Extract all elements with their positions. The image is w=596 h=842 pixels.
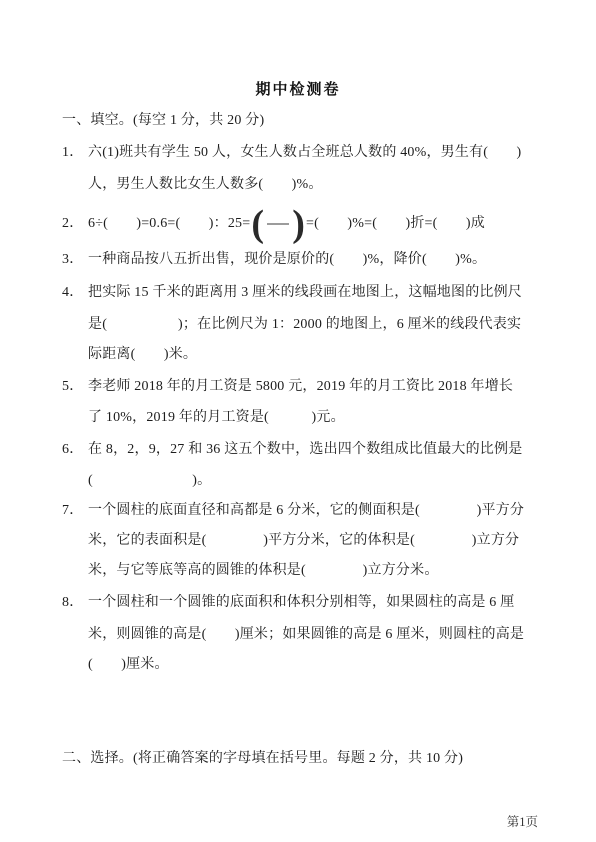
question-5-text: 李老师 2018 年的月工资是 5800 元，2019 年的月工资比 2018 … [88,379,513,394]
question-7-line-3: 米，与它等底等高的圆锥的体积是( )立方分米。 [88,561,439,581]
question-1-line-2: 人，男生人数比女生人数多( )%。 [88,175,323,195]
question-6-text: 在 8，2，9，27 和 36 这五个数中，选出四个数组成比值最大的比例是 [88,442,522,457]
question-7-text: 一个圆柱的底面直径和高都是 6 分米，它的侧面积是( )平方分 [88,503,524,518]
section-2-heading: 二、选择。(将正确答案的字母填在括号里。每题 2 分，共 10 分) [62,749,463,769]
question-1-line-1: 1．六(1)班共有学生 50 人，女生人数占全班总人数的 40%，男生有( ) [62,143,521,163]
question-1-number: 1． [62,143,88,163]
page-number: 第1页 [507,812,538,830]
question-3-line-1: 3．一种商品按八五折出售，现价是原价的( )%，降价( )%。 [62,250,486,270]
question-7-line-2: 米，它的表面积是( )平方分米，它的体积是( )立方分 [88,531,519,551]
question-3-text: 一种商品按八五折出售，现价是原价的( )%，降价( )%。 [88,252,486,267]
question-8-line-1: 8．一个圆柱和一个圆锥的底面积和体积分别相等，如果圆柱的高是 6 厘 [62,593,514,613]
question-4-number: 4． [62,283,88,303]
question-5-line-1: 5．李老师 2018 年的月工资是 5800 元，2019 年的月工资比 201… [62,377,513,397]
question-5-number: 5． [62,377,88,397]
question-8-number: 8． [62,593,88,613]
question-1-text: 六(1)班共有学生 50 人，女生人数占全班总人数的 40%，男生有( ) [88,145,521,160]
section-1-heading: 一、填空。(每空 1 分，共 20 分) [62,111,264,131]
question-2-text-after-fraction: =( )%=( )折=( )成 [306,214,485,234]
question-8-line-3: ( )厘米。 [88,655,169,675]
question-5-line-2: 了 10%，2019 年的月工资是( )元。 [88,408,345,428]
question-6-line-2: ( )。 [88,471,211,491]
question-7-number: 7． [62,501,88,521]
question-4-line-1: 4．把实际 15 千米的距离用 3 厘米的线段画在地图上，这幅地图的比例尺 [62,283,522,303]
document-page: 期中检测卷 一、填空。(每空 1 分，共 20 分) 1．六(1)班共有学生 5… [0,0,596,842]
question-6-line-1: 6．在 8，2，9，27 和 36 这五个数中，选出四个数组成比值最大的比例是 [62,440,522,460]
question-8-text: 一个圆柱和一个圆锥的底面积和体积分别相等，如果圆柱的高是 6 厘 [88,595,514,610]
question-6-number: 6． [62,440,88,460]
question-7-line-1: 7．一个圆柱的底面直径和高都是 6 分米，它的侧面积是( )平方分 [62,501,524,521]
fraction-left-paren: ( [250,202,265,246]
fraction-right-paren: ) [291,202,306,246]
page-title: 期中检测卷 [0,78,596,99]
question-3-number: 3． [62,250,88,270]
fraction-blank-bar [267,223,289,225]
question-2-line-1: 2．6÷( )=0.6=( )：25=()=( )%=( )折=( )成 [62,201,485,247]
question-4-text: 把实际 15 千米的距离用 3 厘米的线段画在地图上，这幅地图的比例尺 [88,285,522,300]
question-4-line-3: 际距离( )米。 [88,345,197,365]
question-4-line-2: 是( )；在比例尺为 1：2000 的地图上，6 厘米的线段代表实 [88,315,521,335]
question-2-number: 2． [62,214,88,234]
question-2-text-before-fraction: 6÷( )=0.6=( )：25= [88,214,250,234]
question-8-line-2: 米，则圆锥的高是( )厘米；如果圆锥的高是 6 厘米，则圆柱的高是 [88,625,524,645]
